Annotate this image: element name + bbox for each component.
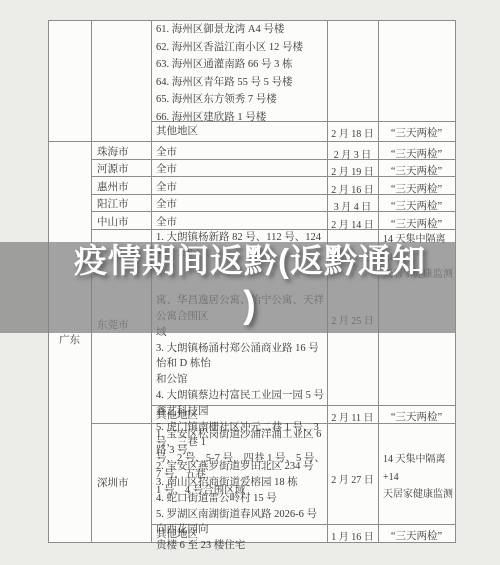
row-date: 2 月 27 日 [327,471,378,486]
city-name: 珠海市 [97,146,129,159]
area-scope: 全市 [156,181,177,194]
top-other-policy: “三天两检” [378,125,455,140]
other-area: 其他地区 [156,409,198,422]
row-policy: “三天两检” [378,163,455,178]
area-scope: 全市 [156,198,177,211]
row-policy: 14 天集中隔离+14 天居家健康监测 [383,451,455,504]
screenshot-root: 广东 61. 海州区御景龙湾 A4 号楼 62. 海州区香溢江南小区 12 号楼… [0,0,500,565]
row-policy: “三天两检” [378,181,455,196]
grid-line [48,141,456,142]
area-scope: 全市 [156,163,177,176]
row-date: 3 月 4 日 [327,198,378,213]
other-area: 其他地区 [156,528,198,541]
row-date: 2 月 3 日 [327,146,378,161]
other-policy: “三天两检” [378,409,455,424]
watermark-title-line2: ) [0,282,500,328]
row-policy: “三天两检” [378,198,455,213]
city-name: 阳江市 [97,198,129,211]
top-other-area: 其他地区 [156,125,198,138]
area-scope: 全市 [156,146,177,159]
row-policy: “三天两检” [378,146,455,161]
city-name: 深圳市 [97,477,129,490]
city-name: 河源市 [97,163,129,176]
province-cell: 广东 [48,334,91,347]
area-scope: 全市 [156,216,177,229]
top-area-list: 61. 海州区御景龙湾 A4 号楼 62. 海州区香溢江南小区 12 号楼 63… [156,21,326,127]
other-policy: “三天两检” [378,528,455,543]
top-other-date: 2 月 18 日 [327,125,378,140]
row-date: 2 月 19 日 [327,163,378,178]
city-name: 中山市 [97,216,129,229]
other-date: 1 月 16 日 [327,528,378,543]
row-date: 2 月 14 日 [327,216,378,231]
row-policy: “三天两检” [378,216,455,231]
other-date: 2 月 11 日 [327,409,378,424]
watermark-title-line1: 疫情期间返黔(返黔通知 [0,240,500,282]
city-name: 惠州市 [97,181,129,194]
row-date: 2 月 16 日 [327,181,378,196]
